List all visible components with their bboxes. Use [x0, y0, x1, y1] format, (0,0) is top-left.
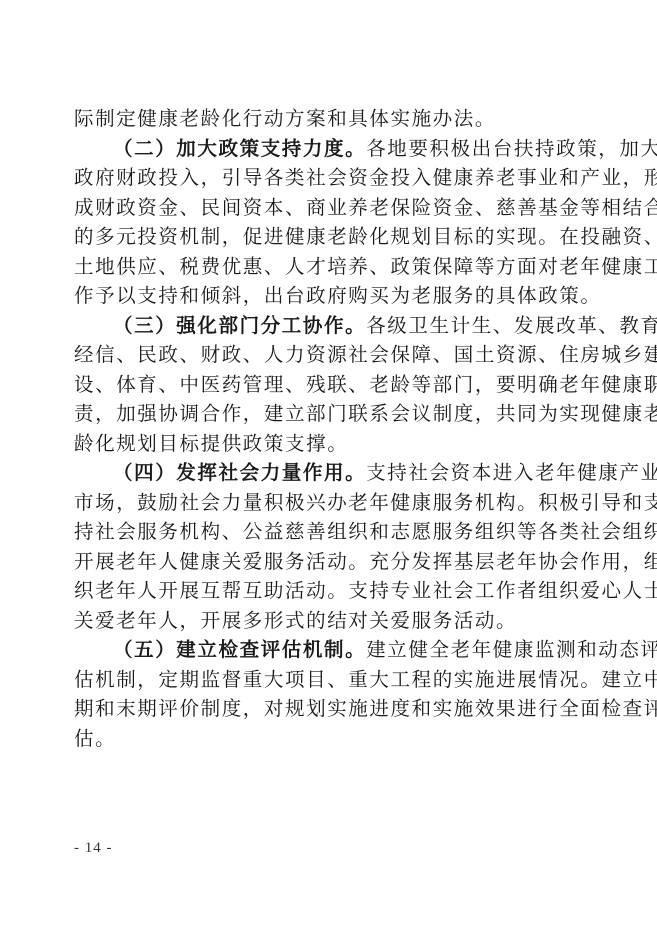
section-4-heading: （四）发挥社会力量作用。: [113, 461, 366, 484]
section-2-line: 作予以支持和倾斜，出台政府购买为老服务的具体政策。: [74, 281, 584, 311]
section-4-text: 支持社会资本进入老年健康产业: [366, 461, 657, 484]
section-4-line: 关爱老年人，开展多形式的结对关爱服务活动。: [74, 606, 584, 636]
section-3-line: 龄化规划目标提供政策支撑。: [74, 429, 584, 459]
section-4-line: 市场，鼓励社会力量积极兴办老年健康服务机构。积极引导和支: [74, 488, 584, 518]
document-page: 际制定健康老龄化行动方案和具体实施办法。 （二）加大政策支持力度。各地要积极出台…: [74, 104, 584, 753]
section-4-line: 持社会服务机构、公益慈善组织和志愿服务组织等各类社会组织: [74, 517, 584, 547]
section-3-first-line: （三）强化部门分工协作。各级卫生计生、发展改革、教育、: [74, 311, 584, 341]
section-2-first-line: （二）加大政策支持力度。各地要积极出台扶持政策，加大: [74, 134, 584, 164]
page-number: - 14 -: [74, 840, 113, 857]
section-3-line: 责，加强协调合作，建立部门联系会议制度，共同为实现健康老: [74, 399, 584, 429]
section-5-first-line: （五）建立检查评估机制。建立健全老年健康监测和动态评: [74, 635, 584, 665]
section-2-heading: （二）加大政策支持力度。: [113, 137, 366, 160]
section-2-line: 土地供应、税费优惠、人才培养、政策保障等方面对老年健康工: [74, 252, 584, 282]
section-4-line: 开展老年人健康关爱服务活动。充分发挥基层老年协会作用，组: [74, 547, 584, 577]
paragraph-continuation: 际制定健康老龄化行动方案和具体实施办法。: [74, 104, 584, 134]
section-2-line: 的多元投资机制，促进健康老龄化规划目标的实现。在投融资、: [74, 222, 584, 252]
section-5-text: 建立健全老年健康监测和动态评: [366, 638, 657, 661]
section-2-line: 政府财政投入，引导各类社会资金投入健康养老事业和产业，形: [74, 163, 584, 193]
section-2-text: 各地要积极出台扶持政策，加大: [366, 137, 657, 160]
section-5-line: 估机制，定期监督重大项目、重大工程的实施进展情况。建立中: [74, 665, 584, 695]
section-4-first-line: （四）发挥社会力量作用。支持社会资本进入老年健康产业: [74, 458, 584, 488]
section-3-line: 设、体育、中医药管理、残联、老龄等部门，要明确老年健康职: [74, 370, 584, 400]
section-2-line: 成财政资金、民间资本、商业养老保险资金、慈善基金等相结合: [74, 193, 584, 223]
section-3-line: 经信、民政、财政、人力资源社会保障、国土资源、住房城乡建: [74, 340, 584, 370]
section-4-line: 织老年人开展互帮互助活动。支持专业社会工作者组织爱心人士: [74, 576, 584, 606]
section-5-line: 期和末期评价制度，对规划实施进度和实施效果进行全面检查评: [74, 694, 584, 724]
section-5-heading: （五）建立检查评估机制。: [113, 638, 366, 661]
section-3-text: 各级卫生计生、发展改革、教育、: [366, 314, 657, 337]
section-3-heading: （三）强化部门分工协作。: [113, 314, 366, 337]
section-5-line: 估。: [74, 724, 584, 754]
